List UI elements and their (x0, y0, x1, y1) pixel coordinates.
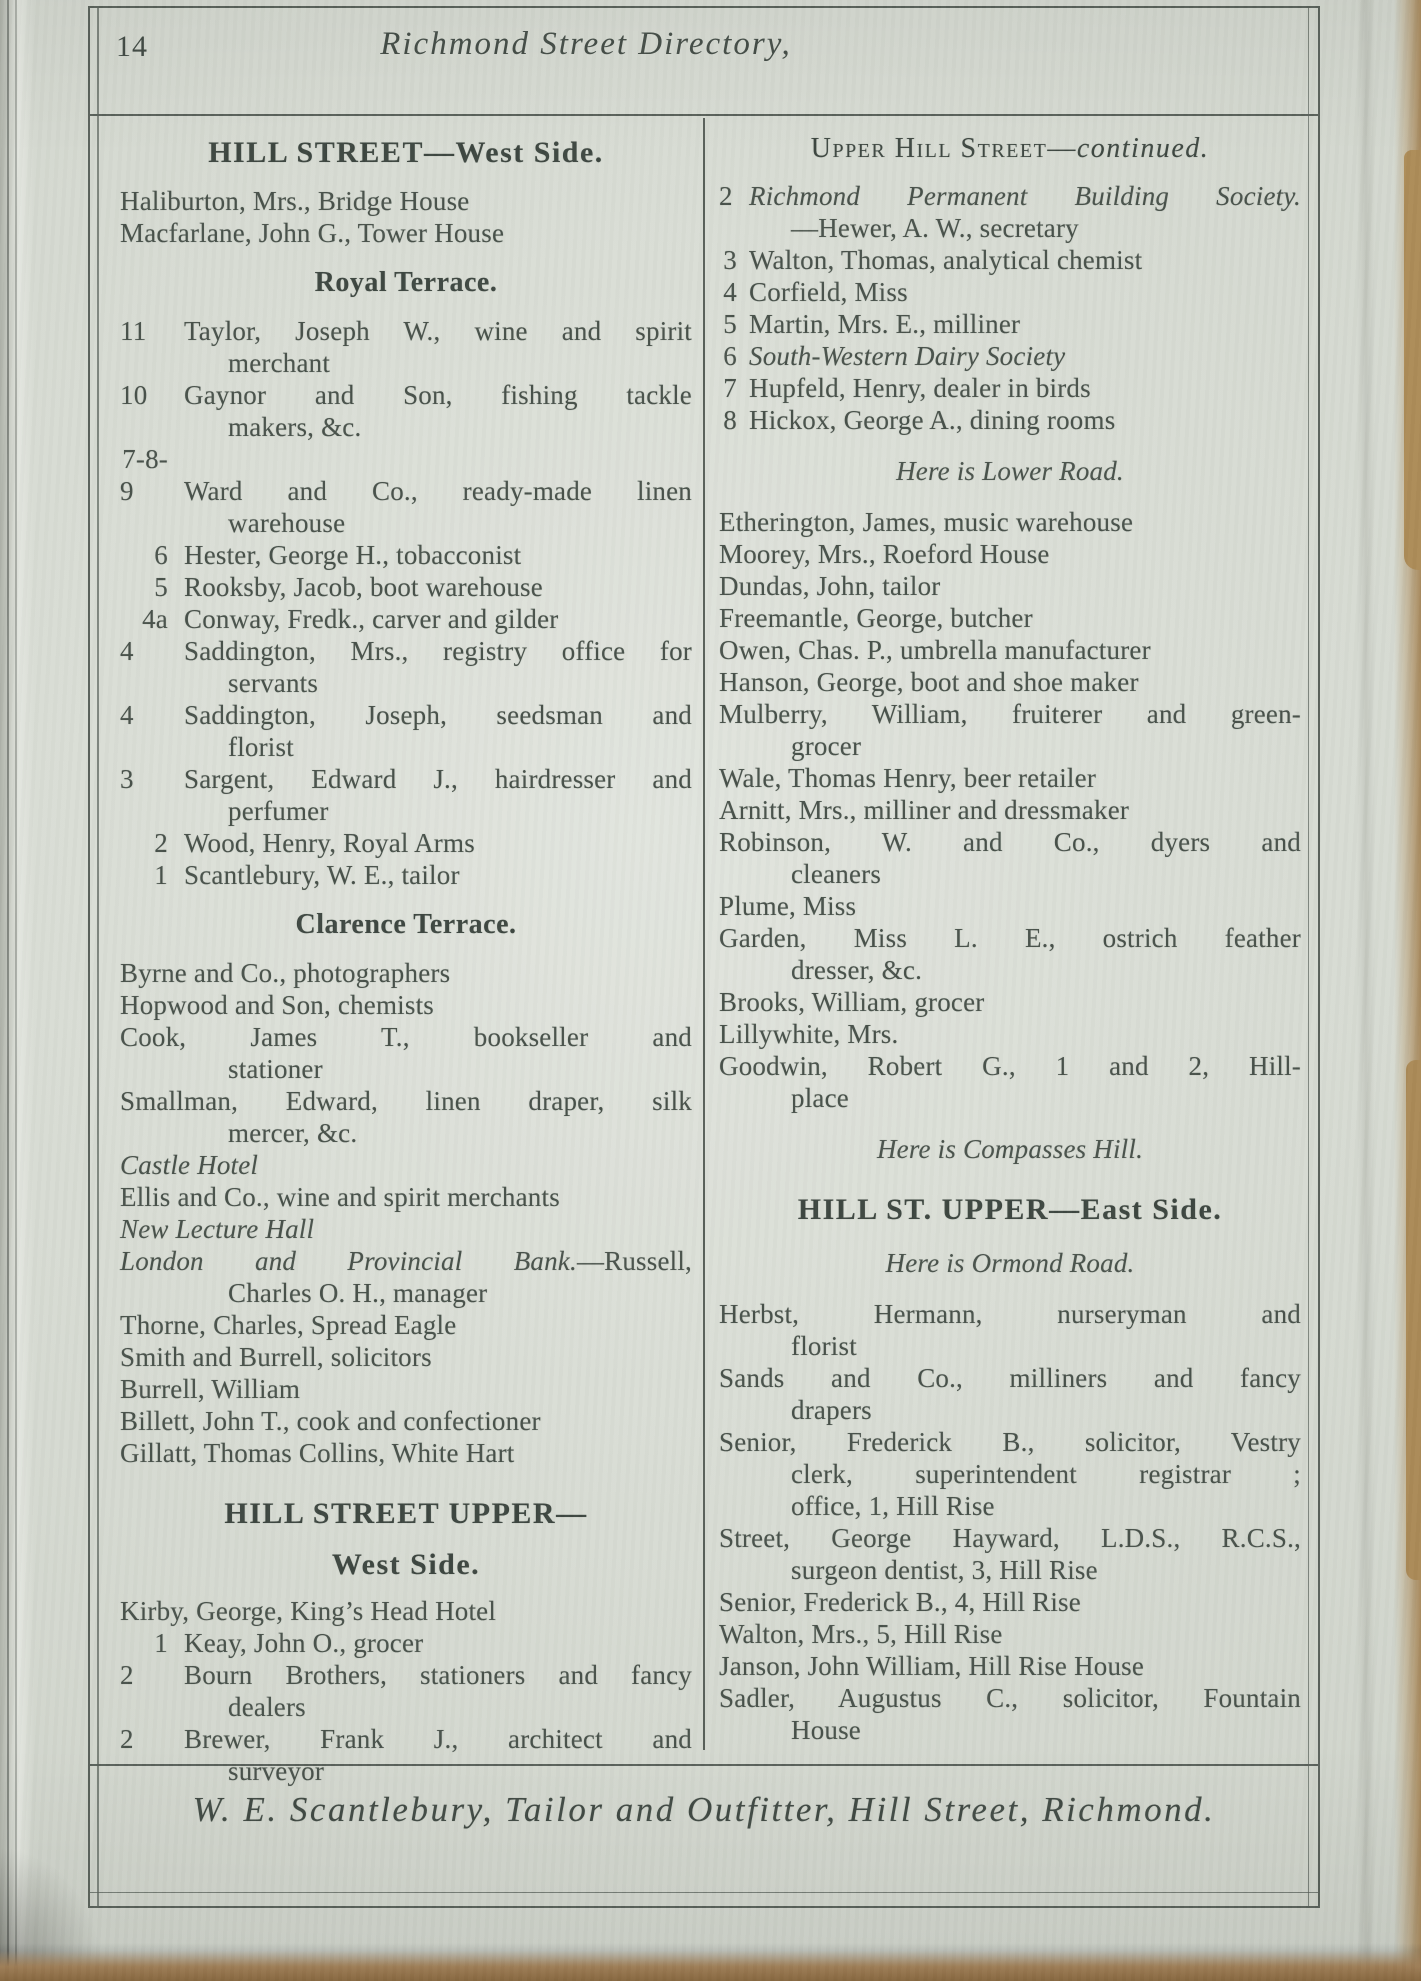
page-edge-bottom (0, 1943, 1421, 1981)
column-divider (703, 118, 705, 1750)
directory-entry: 7Hupfeld, Henry, dealer in birds (719, 372, 1301, 404)
text-run: Hanson, George, boot and shoe maker (719, 667, 1139, 697)
text-line: Smith and Burrell, solicitors (120, 1341, 692, 1373)
text-run: HILL ST. UPPER—East Side. (798, 1193, 1223, 1226)
text-run: Lillywhite, Mrs. (719, 1019, 898, 1049)
directory-entry: Castle Hotel (120, 1149, 692, 1181)
street-section-heading: HILL STREET UPPER— (120, 1495, 692, 1532)
text-line: Here is Lower Road. (719, 455, 1301, 487)
text-run: Senior, Frederick B., solicitor, Vestry (719, 1427, 1301, 1457)
directory-entry: Smith and Burrell, solicitors (120, 1341, 692, 1373)
directory-entry: Arnitt, Mrs., milliner and dressmaker (719, 794, 1301, 826)
right-column: Upper Hill Street—continued.2Richmond Pe… (715, 128, 1301, 1746)
directory-entry: Senior, Frederick B., 4, Hill Rise (719, 1586, 1301, 1618)
text-run: mercer, &c. (228, 1118, 357, 1148)
text-line: HILL STREET UPPER— (120, 1495, 692, 1532)
text-line: 3Sargent, Edward J., hairdresser and (120, 763, 692, 795)
directory-entry: Sadler, Augustus C., solicitor, Fountain… (719, 1682, 1301, 1746)
street-note: Here is Ormond Road. (719, 1247, 1301, 1279)
entry-number: 3 (120, 763, 168, 795)
text-line: 7Hupfeld, Henry, dealer in birds (719, 372, 1301, 404)
text-line: Arnitt, Mrs., milliner and dressmaker (719, 794, 1301, 826)
directory-entry: 11Taylor, Joseph W., wine and spiritmerc… (120, 315, 692, 379)
entry-number: 4 (120, 699, 168, 731)
directory-entry: Burrell, William (120, 1373, 692, 1405)
page-header: 14 Richmond Street Directory, (90, 8, 1318, 116)
text-run: HILL STREET—West Side. (208, 136, 604, 169)
text-line: Hanson, George, boot and shoe maker (719, 666, 1301, 698)
directory-entry: Haliburton, Mrs., Bridge House (120, 185, 692, 217)
text-run: clerk, superintendent registrar ; (791, 1459, 1301, 1489)
text-run: Sargent, Edward J., hairdresser and (184, 764, 692, 794)
directory-entry: Hanson, George, boot and shoe maker (719, 666, 1301, 698)
text-run: Freemantle, George, butcher (719, 603, 1033, 633)
entry-number: 11 (120, 315, 168, 347)
entry-number: 1 (120, 859, 168, 891)
text-run: Scantlebury, W. E., tailor (184, 860, 460, 890)
text-run: Upper Hill Street— (811, 133, 1077, 164)
text-run: Here is Ormond Road. (886, 1248, 1135, 1278)
directory-entry: 4aConway, Fredk., carver and gilder (120, 603, 692, 635)
text-run: Sands and Co., milliners and fancy (719, 1363, 1301, 1393)
text-run: grocer (791, 731, 861, 761)
entry-number: 1 (120, 1627, 168, 1659)
text-run: Rooksby, Jacob, boot warehouse (184, 572, 543, 602)
entry-number: 2 (120, 1723, 168, 1755)
text-run: Plume, Miss (719, 891, 856, 921)
text-run: —Russell, (577, 1246, 692, 1276)
entry-number: 2 (120, 827, 168, 859)
directory-entry: 6South-Western Dairy Society (719, 340, 1301, 372)
directory-entry: Ellis and Co., wine and spirit merchants (120, 1181, 692, 1213)
directory-entry: Janson, John William, Hill Rise House (719, 1650, 1301, 1682)
directory-entry: Goodwin, Robert G., 1 and 2, Hill-place (719, 1050, 1301, 1114)
directory-entry: Street, George Hayward, L.D.S., R.C.S.,s… (719, 1522, 1301, 1586)
text-run: Etherington, James, music warehouse (719, 507, 1133, 537)
text-run: Sadler, Augustus C., solicitor, Fountain (719, 1683, 1301, 1713)
page-edge-right (1404, 150, 1421, 570)
page-edge-right (1406, 1060, 1421, 1580)
text-run: Richmond Permanent Building Society. (749, 181, 1301, 211)
text-run: Cook, James T., bookseller and (120, 1022, 692, 1052)
directory-entry: 4Corfield, Miss (719, 276, 1301, 308)
directory-entry: Lillywhite, Mrs. (719, 1018, 1301, 1050)
directory-entry: 4Saddington, Joseph, seedsman andflorist (120, 699, 692, 763)
text-line: 6South-Western Dairy Society (719, 340, 1301, 372)
text-run: Wood, Henry, Royal Arms (184, 828, 475, 858)
directory-entry: 3Sargent, Edward J., hairdresser andperf… (120, 763, 692, 827)
page-title: Richmond Street Directory, (0, 26, 1200, 63)
text-run: Smith and Burrell, solicitors (120, 1342, 432, 1372)
text-line: Janson, John William, Hill Rise House (719, 1650, 1301, 1682)
directory-entry: 1Keay, John O., grocer (120, 1627, 692, 1659)
text-run: —Hewer, A. W., secretary (791, 213, 1079, 243)
text-line: 2Brewer, Frank J., architect and (120, 1723, 692, 1755)
text-line: mercer, &c. (120, 1117, 692, 1149)
text-run: drapers (791, 1395, 872, 1425)
directory-entry: Billett, John T., cook and confectioner (120, 1405, 692, 1437)
directory-entry: Robinson, W. and Co., dyers andcleaners (719, 826, 1301, 890)
text-run: Haliburton, Mrs., Bridge House (120, 186, 469, 216)
entry-number: 3 (719, 244, 737, 276)
text-line: Owen, Chas. P., umbrella manufacturer (719, 634, 1301, 666)
text-run: florist (791, 1331, 857, 1361)
entry-number: 5 (120, 571, 168, 603)
text-line: Clarence Terrace. (120, 908, 692, 942)
text-line: stationer (120, 1053, 692, 1085)
text-line: Royal Terrace. (120, 266, 692, 300)
text-run: Dundas, John, tailor (719, 571, 940, 601)
street-note: Here is Lower Road. (719, 455, 1301, 487)
directory-entry: 2Bourn Brothers, stationers and fancydea… (120, 1659, 692, 1723)
border-rule (90, 1892, 1318, 1894)
entry-number: 2 (719, 180, 737, 212)
spine-line (7, 0, 9, 1981)
text-line: —Hewer, A. W., secretary (719, 212, 1301, 244)
text-line: place (719, 1082, 1301, 1114)
directory-entry: 6Hester, George H., tobacconist (120, 539, 692, 571)
text-run: Charles O. H., manager (228, 1278, 487, 1308)
entry-number: 6 (719, 340, 737, 372)
text-line: office, 1, Hill Rise (719, 1490, 1301, 1522)
text-line: Herbst, Hermann, nurseryman and (719, 1298, 1301, 1330)
text-line: dresser, &c. (719, 954, 1301, 986)
text-run: Walton, Mrs., 5, Hill Rise (719, 1619, 1003, 1649)
text-run: House (791, 1715, 861, 1745)
text-line: makers, &c. (120, 411, 692, 443)
text-run: Garden, Miss L. E., ostrich feather (719, 923, 1301, 953)
text-line: Haliburton, Mrs., Bridge House (120, 185, 692, 217)
text-run: Bourn Brothers, stationers and fancy (184, 1660, 692, 1690)
directory-entry: Plume, Miss (719, 890, 1301, 922)
text-line: Ellis and Co., wine and spirit merchants (120, 1181, 692, 1213)
text-line: 11Taylor, Joseph W., wine and spirit (120, 315, 692, 347)
text-run: perfumer (228, 796, 329, 826)
text-line: Lillywhite, Mrs. (719, 1018, 1301, 1050)
text-line: Upper Hill Street—continued. (719, 132, 1301, 166)
text-line: New Lecture Hall (120, 1213, 692, 1245)
text-run: Saddington, Mrs., registry office for (184, 636, 692, 666)
text-line: florist (120, 731, 692, 763)
text-run: Taylor, Joseph W., wine and spirit (184, 316, 692, 346)
left-column: HILL STREET—West Side.Haliburton, Mrs., … (100, 128, 692, 1787)
directory-entry: Senior, Frederick B., solicitor, Vestryc… (719, 1426, 1301, 1522)
text-line: Kirby, George, King’s Head Hotel (120, 1595, 692, 1627)
directory-entry: 2Wood, Henry, Royal Arms (120, 827, 692, 859)
text-run: Goodwin, Robert G., 1 and 2, Hill- (719, 1051, 1301, 1081)
text-line: 3Walton, Thomas, analytical chemist (719, 244, 1301, 276)
text-run: Castle Hotel (120, 1150, 258, 1180)
text-line: Smallman, Edward, linen draper, silk (120, 1085, 692, 1117)
directory-entry: 3Walton, Thomas, analytical chemist (719, 244, 1301, 276)
text-run: Macfarlane, John G., Tower House (120, 218, 504, 248)
text-line: London and Provincial Bank.—Russell, (120, 1245, 692, 1277)
text-line: Sands and Co., milliners and fancy (719, 1362, 1301, 1394)
directory-entry: Cook, James T., bookseller andstationer (120, 1021, 692, 1085)
street-section-heading: HILL STREET—West Side. (120, 134, 692, 171)
street-section-heading: HILL ST. UPPER—East Side. (719, 1191, 1301, 1228)
text-run: place (791, 1083, 849, 1113)
text-line: Moorey, Mrs., Roeford House (719, 538, 1301, 570)
text-line: Gillatt, Thomas Collins, White Hart (120, 1437, 692, 1469)
text-line: drapers (719, 1394, 1301, 1426)
directory-entry: Herbst, Hermann, nurseryman andflorist (719, 1298, 1301, 1362)
text-run: makers, &c. (228, 412, 361, 442)
directory-entry: Smallman, Edward, linen draper, silkmerc… (120, 1085, 692, 1149)
text-run: Hupfeld, Henry, dealer in birds (749, 373, 1091, 403)
directory-entry: Sands and Co., milliners and fancydraper… (719, 1362, 1301, 1426)
text-line: Freemantle, George, butcher (719, 602, 1301, 634)
text-run: Owen, Chas. P., umbrella manufacturer (719, 635, 1151, 665)
directory-entry: 4Saddington, Mrs., registry office forse… (120, 635, 692, 699)
text-run: Billett, John T., cook and confectioner (120, 1406, 541, 1436)
text-line: florist (719, 1330, 1301, 1362)
text-run: Robinson, W. and Co., dyers and (719, 827, 1301, 857)
text-run: Hickox, George A., dining rooms (749, 405, 1115, 435)
text-run: warehouse (228, 508, 345, 538)
text-line: Byrne and Co., photographers (120, 957, 692, 989)
text-run: Saddington, Joseph, seedsman and (184, 700, 692, 730)
directory-entry: 2Richmond Permanent Building Society.—He… (719, 180, 1301, 244)
entry-number: 4 (719, 276, 737, 308)
text-line: Charles O. H., manager (120, 1277, 692, 1309)
text-line: Wale, Thomas Henry, beer retailer (719, 762, 1301, 794)
text-run: Arnitt, Mrs., milliner and dressmaker (719, 795, 1129, 825)
text-line: Billett, John T., cook and confectioner (120, 1405, 692, 1437)
text-line: Dundas, John, tailor (719, 570, 1301, 602)
text-run: surgeon dentist, 3, Hill Rise (791, 1555, 1098, 1585)
entry-number: 4a (120, 603, 168, 635)
advertisement-line: W. E. Scantlebury, Tailor and Outfitter,… (90, 1790, 1318, 1830)
text-run: Gaynor and Son, fishing tackle (184, 380, 692, 410)
text-line: HILL ST. UPPER—East Side. (719, 1191, 1301, 1228)
text-line: Cook, James T., bookseller and (120, 1021, 692, 1053)
directory-entry: New Lecture Hall (120, 1213, 692, 1245)
directory-columns: HILL STREET—West Side.Haliburton, Mrs., … (90, 116, 1318, 1764)
text-run: Brooks, William, grocer (719, 987, 984, 1017)
directory-entry: Macfarlane, John G., Tower House (120, 217, 692, 249)
terrace-heading: Royal Terrace. (120, 266, 692, 300)
directory-entry: Brooks, William, grocer (719, 986, 1301, 1018)
text-run: Herbst, Hermann, nurseryman and (719, 1299, 1301, 1329)
text-run: continued. (1077, 133, 1209, 164)
text-line: grocer (719, 730, 1301, 762)
text-line: 5Martin, Mrs. E., milliner (719, 308, 1301, 340)
text-line: Here is Compasses Hill. (719, 1133, 1301, 1165)
text-run: London and Provincial Bank. (120, 1246, 577, 1276)
directory-entry: Etherington, James, music warehouse (719, 506, 1301, 538)
text-line: Thorne, Charles, Spread Eagle (120, 1309, 692, 1341)
text-run: Mulberry, William, fruiterer and green- (719, 699, 1301, 729)
text-run: Corfield, Miss (749, 277, 908, 307)
text-line: 4Corfield, Miss (719, 276, 1301, 308)
text-run: South-Western Dairy Society (749, 341, 1065, 371)
directory-entry: Moorey, Mrs., Roeford House (719, 538, 1301, 570)
directory-entry: 10Gaynor and Son, fishing tacklemakers, … (120, 379, 692, 443)
text-run: Burrell, William (120, 1374, 300, 1404)
directory-entry: Wale, Thomas Henry, beer retailer (719, 762, 1301, 794)
text-run: Keay, John O., grocer (184, 1628, 423, 1658)
text-run: merchant (228, 348, 330, 378)
text-line: Walton, Mrs., 5, Hill Rise (719, 1618, 1301, 1650)
text-line: 6Hester, George H., tobacconist (120, 539, 692, 571)
text-line: Burrell, William (120, 1373, 692, 1405)
entry-number: 7 (719, 372, 737, 404)
directory-entry: 8Hickox, George A., dining rooms (719, 404, 1301, 436)
entry-number: 7-8-9 (120, 443, 168, 507)
directory-entry: London and Provincial Bank.—Russell,Char… (120, 1245, 692, 1309)
text-line: surgeon dentist, 3, Hill Rise (719, 1554, 1301, 1586)
text-line: perfumer (120, 795, 692, 827)
text-line: clerk, superintendent registrar ; (719, 1458, 1301, 1490)
street-note: Here is Compasses Hill. (719, 1133, 1301, 1165)
entry-number: 4 (120, 635, 168, 667)
text-run: Conway, Fredk., carver and gilder (184, 604, 558, 634)
text-line: Brooks, William, grocer (719, 986, 1301, 1018)
text-run: Smallman, Edward, linen draper, silk (120, 1086, 692, 1116)
text-run: Senior, Frederick B., 4, Hill Rise (719, 1587, 1081, 1617)
text-line: Senior, Frederick B., 4, Hill Rise (719, 1586, 1301, 1618)
text-line: 4Saddington, Mrs., registry office for (120, 635, 692, 667)
text-run: HILL STREET UPPER— (224, 1497, 587, 1530)
directory-entry: 1Scantlebury, W. E., tailor (120, 859, 692, 891)
text-run: Hopwood and Son, chemists (120, 990, 434, 1020)
text-run: Ellis and Co., wine and spirit merchants (120, 1182, 560, 1212)
text-line: 1Scantlebury, W. E., tailor (120, 859, 692, 891)
entry-number: 6 (120, 539, 168, 571)
text-run: Martin, Mrs. E., milliner (749, 309, 1020, 339)
text-run: Byrne and Co., photographers (120, 958, 450, 988)
entry-number: 8 (719, 404, 737, 436)
directory-entry: 7-8-9Ward and Co., ready-made linenwareh… (120, 443, 692, 539)
printed-border-frame: 14 Richmond Street Directory, HILL STREE… (88, 6, 1320, 1908)
text-line: 8Hickox, George A., dining rooms (719, 404, 1301, 436)
text-line: cleaners (719, 858, 1301, 890)
entry-number: 10 (120, 379, 168, 411)
directory-entry: Owen, Chas. P., umbrella manufacturer (719, 634, 1301, 666)
directory-entry: Kirby, George, King’s Head Hotel (120, 1595, 692, 1627)
spine-line (15, 0, 17, 1981)
text-line: Street, George Hayward, L.D.S., R.C.S., (719, 1522, 1301, 1554)
directory-entry: 5Rooksby, Jacob, boot warehouse (120, 571, 692, 603)
text-line: Robinson, W. and Co., dyers and (719, 826, 1301, 858)
text-line: Hopwood and Son, chemists (120, 989, 692, 1021)
text-line: HILL STREET—West Side. (120, 134, 692, 171)
text-line: West Side. (120, 1546, 692, 1583)
text-run: Walton, Thomas, analytical chemist (749, 245, 1142, 275)
text-line: Sadler, Augustus C., solicitor, Fountain (719, 1682, 1301, 1714)
text-run: Hester, George H., tobacconist (184, 540, 521, 570)
text-line: Goodwin, Robert G., 1 and 2, Hill- (719, 1050, 1301, 1082)
text-line: Garden, Miss L. E., ostrich feather (719, 922, 1301, 954)
text-run: office, 1, Hill Rise (791, 1491, 995, 1521)
terrace-heading: Clarence Terrace. (120, 908, 692, 942)
text-run: stationer (228, 1054, 323, 1084)
text-run: dealers (228, 1692, 306, 1722)
text-line: 10Gaynor and Son, fishing tackle (120, 379, 692, 411)
text-run: Janson, John William, Hill Rise House (719, 1651, 1144, 1681)
text-line: Castle Hotel (120, 1149, 692, 1181)
text-line: Mulberry, William, fruiterer and green- (719, 698, 1301, 730)
text-run: Ward and Co., ready-made linen (184, 476, 692, 506)
text-line: 4Saddington, Joseph, seedsman and (120, 699, 692, 731)
text-run: Royal Terrace. (315, 267, 498, 298)
text-run: Brewer, Frank J., architect and (184, 1724, 692, 1754)
book-spine-edge (0, 0, 34, 1981)
directory-entry: Byrne and Co., photographers (120, 957, 692, 989)
directory-entry: Hopwood and Son, chemists (120, 989, 692, 1021)
text-run: Wale, Thomas Henry, beer retailer (719, 763, 1096, 793)
text-line: servants (120, 667, 692, 699)
directory-entry: Mulberry, William, fruiterer and green-g… (719, 698, 1301, 762)
text-run: Thorne, Charles, Spread Eagle (120, 1310, 456, 1340)
page-footer: W. E. Scantlebury, Tailor and Outfitter,… (90, 1764, 1318, 1830)
text-run: Here is Compasses Hill. (877, 1134, 1143, 1164)
text-line: 4aConway, Fredk., carver and gilder (120, 603, 692, 635)
entry-number: 2 (120, 1659, 168, 1691)
text-run: Street, George Hayward, L.D.S., R.C.S., (719, 1523, 1301, 1553)
text-run: Here is Lower Road. (896, 456, 1124, 486)
text-line: 5Rooksby, Jacob, boot warehouse (120, 571, 692, 603)
directory-entry: Walton, Mrs., 5, Hill Rise (719, 1618, 1301, 1650)
text-line: Macfarlane, John G., Tower House (120, 217, 692, 249)
entry-number: 5 (719, 308, 737, 340)
text-run: servants (228, 668, 318, 698)
text-run: dresser, &c. (791, 955, 922, 985)
text-line: Here is Ormond Road. (719, 1247, 1301, 1279)
scanned-directory-page: 14 Richmond Street Directory, HILL STREE… (0, 0, 1421, 1981)
text-line: merchant (120, 347, 692, 379)
text-run: West Side. (332, 1548, 480, 1581)
page-crease (1357, 0, 1375, 1981)
text-run: Kirby, George, King’s Head Hotel (120, 1596, 496, 1626)
text-run: Moorey, Mrs., Roeford House (719, 539, 1050, 569)
text-run: Gillatt, Thomas Collins, White Hart (120, 1438, 514, 1468)
directory-entry: Dundas, John, tailor (719, 570, 1301, 602)
street-section-heading: West Side. (120, 1546, 692, 1583)
text-line: 1Keay, John O., grocer (120, 1627, 692, 1659)
text-line: Plume, Miss (719, 890, 1301, 922)
text-run: Clarence Terrace. (295, 909, 516, 940)
directory-entry: Freemantle, George, butcher (719, 602, 1301, 634)
directory-entry: Thorne, Charles, Spread Eagle (120, 1309, 692, 1341)
text-line: dealers (120, 1691, 692, 1723)
text-line: House (719, 1714, 1301, 1746)
text-line: Senior, Frederick B., solicitor, Vestry (719, 1426, 1301, 1458)
directory-entry: Gillatt, Thomas Collins, White Hart (120, 1437, 692, 1469)
text-run: florist (228, 732, 294, 762)
text-run: New Lecture Hall (120, 1214, 314, 1244)
text-line: 7-8-9Ward and Co., ready-made linen (120, 443, 692, 507)
text-line: 2Wood, Henry, Royal Arms (120, 827, 692, 859)
text-run: cleaners (791, 859, 881, 889)
text-line: Etherington, James, music warehouse (719, 506, 1301, 538)
text-line: 2Bourn Brothers, stationers and fancy (120, 1659, 692, 1691)
directory-entry: 5Martin, Mrs. E., milliner (719, 308, 1301, 340)
text-line: warehouse (120, 507, 692, 539)
directory-entry: Garden, Miss L. E., ostrich featherdress… (719, 922, 1301, 986)
text-line: 2Richmond Permanent Building Society. (719, 180, 1301, 212)
street-section-heading: Upper Hill Street—continued. (719, 132, 1301, 166)
